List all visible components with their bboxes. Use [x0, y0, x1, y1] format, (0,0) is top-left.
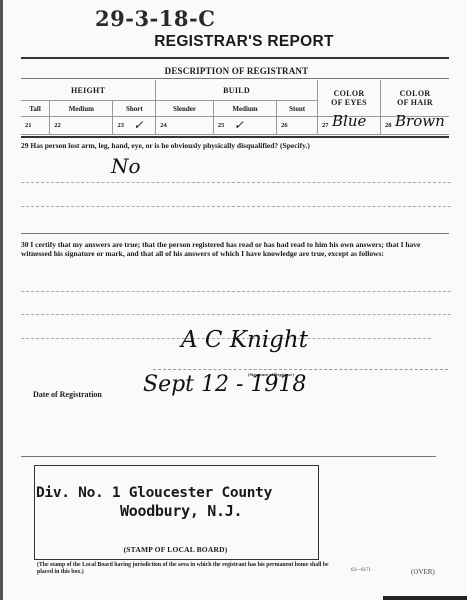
page-title: REGISTRAR'S REPORT: [3, 33, 467, 51]
cell-height-medium: 22: [50, 117, 113, 135]
stamp-instructions: (The stamp of the Local Board having jur…: [37, 562, 337, 576]
cell-stout: 26: [277, 117, 318, 135]
col-height-medium: Medium: [50, 101, 113, 117]
answer-line: [21, 291, 451, 292]
eye-color-header-line1: COLOR: [318, 89, 380, 98]
question-29-text: 29 Has person lost arm, leg, hand, eye, …: [21, 141, 451, 150]
field-number: 27: [322, 122, 329, 129]
divider: [21, 57, 449, 59]
field-number: 22: [54, 122, 61, 129]
cell-build-medium: 25 ✓: [213, 117, 276, 135]
col-slender: Slender: [156, 101, 214, 117]
question-29-answer: No: [111, 154, 141, 178]
hair-color-value: Brown: [395, 112, 445, 130]
date-of-registration-label: Date of Registration: [33, 390, 102, 399]
field-number: 25: [218, 122, 225, 129]
date-of-registration-value: Sept 12 - 1918: [143, 372, 306, 397]
hair-color-header-line2: OF HAIR: [381, 98, 449, 107]
answer-line: [21, 182, 451, 183]
col-short: Short: [113, 101, 156, 117]
cell-slender: 24: [156, 117, 214, 135]
field-number: 21: [25, 122, 32, 129]
col-build-medium: Medium: [213, 101, 276, 117]
hair-color-header-line1: COLOR: [381, 89, 449, 98]
cell-hair-color: 28 Brown: [381, 117, 450, 135]
registrar-signature: A C Knight: [181, 327, 308, 353]
eye-color-header-line2: OF EYES: [318, 98, 380, 107]
signature-line: [153, 369, 448, 370]
cell-eye-color: 27 Blue: [318, 117, 381, 135]
eye-color-value: Blue: [332, 112, 366, 130]
section-title: DESCRIPTION OF REGISTRANT: [3, 66, 467, 76]
field-number: 28: [385, 122, 392, 129]
divider: [21, 136, 449, 138]
checkmark-icon: ✓: [234, 118, 244, 132]
divider: [21, 456, 436, 457]
answer-line: [21, 314, 451, 315]
over-indicator: (OVER): [411, 568, 435, 576]
cell-short: 23 ✓: [113, 117, 156, 135]
form-number: 63—6171: [351, 568, 371, 573]
col-stout: Stout: [277, 101, 318, 117]
divider: [21, 78, 449, 79]
height-header: HEIGHT: [21, 80, 156, 101]
checkmark-icon: ✓: [133, 118, 143, 132]
registration-card-back: 29-3-18-C REGISTRAR'S REPORT DESCRIPTION…: [0, 0, 467, 600]
stamp-line-1: Div. No. 1 Gloucester County: [36, 485, 272, 501]
scan-edge: [383, 596, 467, 600]
field-number: 24: [160, 122, 167, 129]
stamp-line-2: Woodbury, N.J.: [120, 502, 242, 520]
stamp-caption: (STAMP OF LOCAL BOARD): [34, 545, 317, 554]
build-header: BUILD: [156, 80, 318, 101]
question-30-text: 30 I certify that my answers are true; t…: [21, 240, 451, 258]
serial-number: 29-3-18-C: [95, 6, 215, 31]
answer-line: [21, 206, 451, 207]
field-number: 26: [281, 122, 288, 129]
divider: [21, 233, 449, 234]
col-tall: Tall: [21, 101, 50, 117]
description-table: HEIGHT BUILD COLOR OF EYES COLOR OF HAIR…: [21, 80, 449, 135]
field-number: 23: [117, 122, 124, 129]
cell-tall: 21: [21, 117, 50, 135]
